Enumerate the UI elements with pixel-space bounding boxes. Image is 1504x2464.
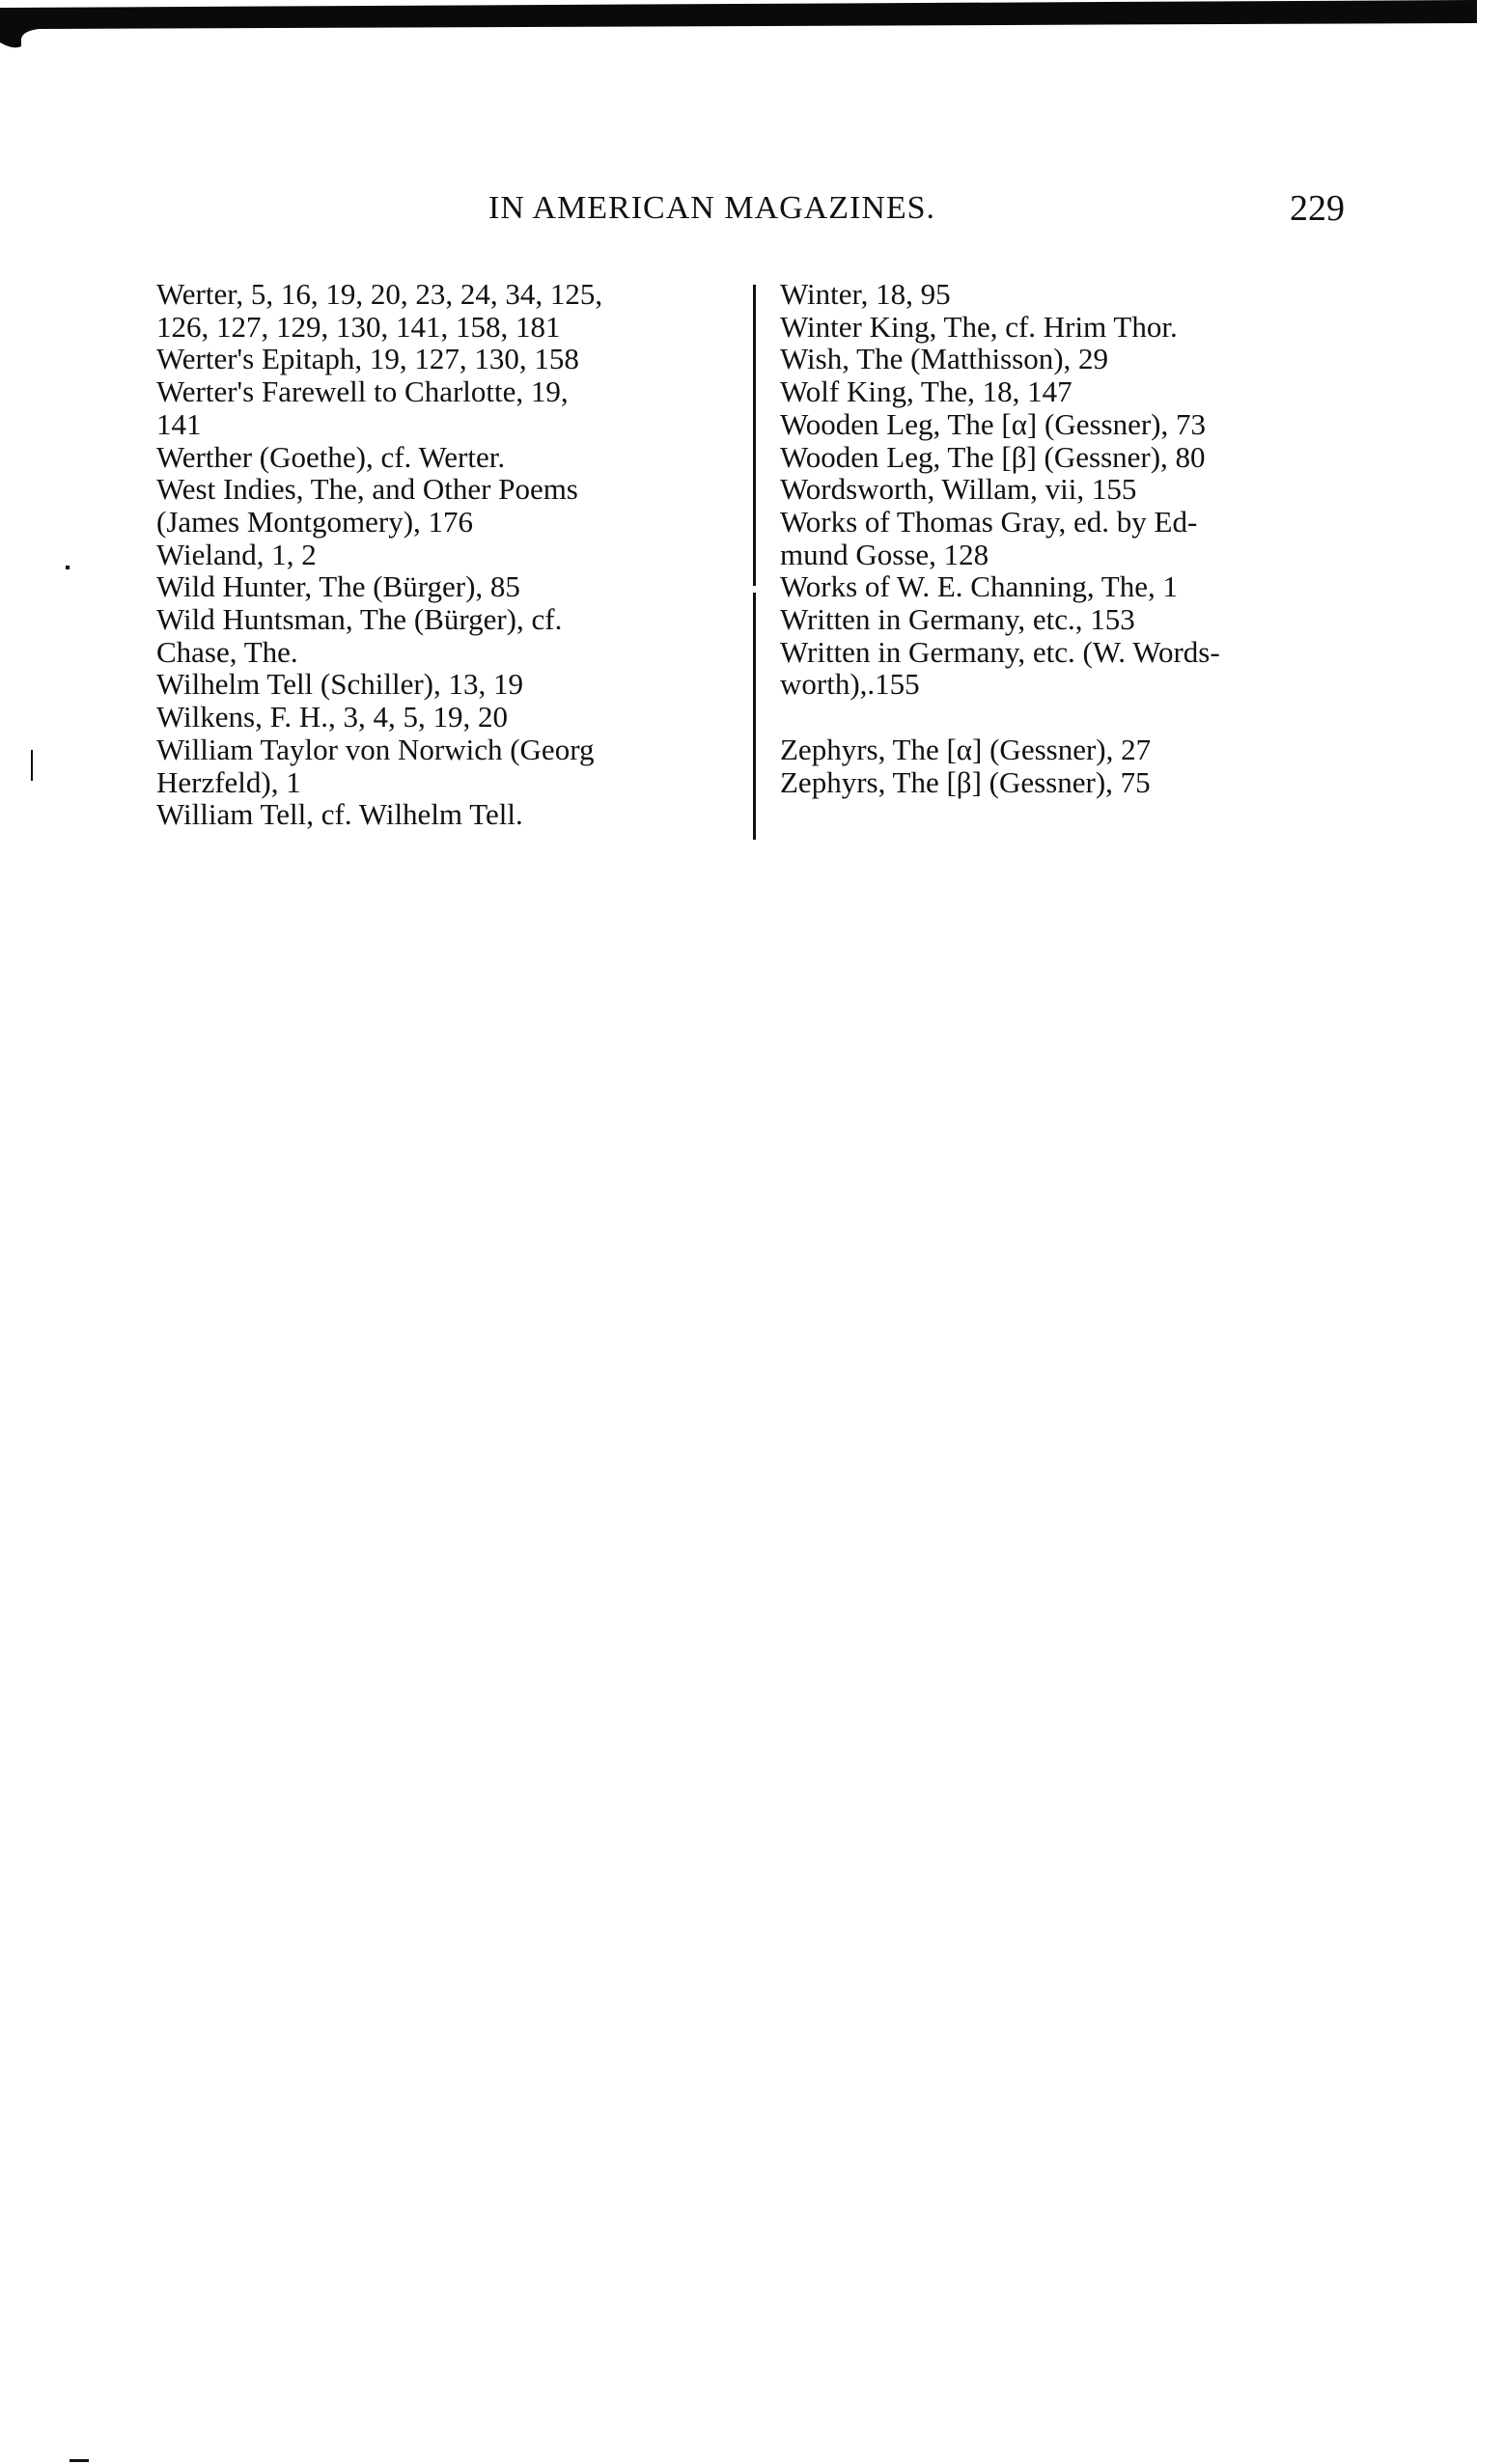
entry-line: Written in Germany, etc. (W. Words- bbox=[846, 636, 1369, 669]
entry-line: Wish, The (Matthisson), 29 bbox=[846, 343, 1369, 375]
entry-line: Werter, 5, 16, 19, 20, 23, 24, 34, 125, bbox=[222, 278, 736, 311]
index-entry: Winter, 18, 95 bbox=[780, 278, 1369, 311]
index-entry: West Indies, The, and Other Poems (James… bbox=[156, 473, 736, 538]
entry-line: Wilkens, F. H., 3, 4, 5, 19, 20 bbox=[222, 701, 736, 734]
index-entry: Zephyrs, The [α] (Gessner), 27 bbox=[780, 734, 1369, 766]
entry-line: Wooden Leg, The [α] (Gessner), 73 bbox=[846, 408, 1369, 441]
entry-line: Wilhelm Tell (Schiller), 13, 19 bbox=[222, 668, 736, 701]
scan-speck bbox=[66, 566, 70, 569]
entry-line: Werter's Epitaph, 19, 127, 130, 158 bbox=[222, 343, 736, 375]
index-entry: Zephyrs, The [β] (Gessner), 75 bbox=[780, 766, 1369, 799]
entry-line: Wild Hunter, The (Bürger), 85 bbox=[222, 570, 736, 603]
entry-line: Works of W. E. Channing, The, 1 bbox=[846, 570, 1369, 603]
entry-line: Winter King, The, cf. Hrim Thor. bbox=[846, 311, 1369, 344]
index-entry: Werther (Goethe), cf. Werter. bbox=[156, 441, 736, 474]
index-entry: Werter, 5, 16, 19, 20, 23, 24, 34, 125, … bbox=[156, 278, 736, 343]
index-entry: Wolf King, The, 18, 147 bbox=[780, 375, 1369, 408]
index-entry: Werter's Farewell to Charlotte, 19, 141 bbox=[156, 375, 736, 440]
index-entry: Works of Thomas Gray, ed. by Ed- mund Go… bbox=[780, 506, 1369, 570]
index-entry: Wild Hunter, The (Bürger), 85 bbox=[156, 570, 736, 603]
entry-line: Wieland, 1, 2 bbox=[222, 539, 736, 571]
entry-line: West Indies, The, and Other Poems bbox=[222, 473, 736, 506]
index-entry: Wordsworth, Willam, vii, 155 bbox=[780, 473, 1369, 506]
entry-line: Zephyrs, The [β] (Gessner), 75 bbox=[846, 766, 1369, 799]
margin-mark bbox=[31, 750, 33, 781]
entry-line: Zephyrs, The [α] (Gessner), 27 bbox=[846, 734, 1369, 766]
index-entry: Written in Germany, etc. (W. Words- wort… bbox=[780, 636, 1369, 701]
entry-line: Herzfeld), 1 bbox=[222, 766, 736, 799]
entry-line: 126, 127, 129, 130, 141, 158, 181 bbox=[222, 311, 736, 344]
entry-line: Written in Germany, etc., 153 bbox=[846, 603, 1369, 636]
index-entry: Wish, The (Matthisson), 29 bbox=[780, 343, 1369, 375]
entry-line: William Tell, cf. Wilhelm Tell. bbox=[222, 798, 736, 831]
index-entry: William Tell, cf. Wilhelm Tell. bbox=[156, 798, 736, 831]
index-entry: Works of W. E. Channing, The, 1 bbox=[780, 570, 1369, 603]
entry-line: mund Gosse, 128 bbox=[846, 539, 1369, 571]
index-entry: Written in Germany, etc., 153 bbox=[780, 603, 1369, 636]
index-column-right: Winter, 18, 95 Winter King, The, cf. Hri… bbox=[780, 278, 1369, 798]
index-entry: Wilkens, F. H., 3, 4, 5, 19, 20 bbox=[156, 701, 736, 734]
entry-line: Wooden Leg, The [β] (Gessner), 80 bbox=[846, 441, 1369, 474]
index-entry: Winter King, The, cf. Hrim Thor. bbox=[780, 311, 1369, 344]
running-head: IN AMERICAN MAGAZINES. bbox=[488, 187, 935, 230]
scan-edge-bar bbox=[0, 0, 1504, 58]
index-entry: Wooden Leg, The [α] (Gessner), 73 bbox=[780, 408, 1369, 441]
entry-line: Wild Huntsman, The (Bürger), cf. bbox=[222, 603, 736, 636]
entry-line: Werther (Goethe), cf. Werter. bbox=[222, 441, 736, 474]
entry-line: Werter's Farewell to Charlotte, 19, bbox=[222, 375, 736, 408]
entry-line: 141 bbox=[222, 408, 736, 441]
index-entry: Wooden Leg, The [β] (Gessner), 80 bbox=[780, 441, 1369, 474]
entry-line: worth),.155 bbox=[846, 668, 1369, 701]
index-column-left: Werter, 5, 16, 19, 20, 23, 24, 34, 125, … bbox=[156, 278, 736, 831]
page-number: 229 bbox=[1290, 187, 1345, 230]
entry-line: Winter, 18, 95 bbox=[846, 278, 1369, 311]
index-entry: William Taylor von Norwich (Georg Herzfe… bbox=[156, 734, 736, 798]
entry-line: Works of Thomas Gray, ed. by Ed- bbox=[846, 506, 1369, 539]
index-entry: Wild Huntsman, The (Bürger), cf. Chase, … bbox=[156, 603, 736, 668]
column-divider-rule bbox=[753, 593, 756, 840]
section-gap bbox=[780, 701, 1369, 734]
entry-line: Wordsworth, Willam, vii, 155 bbox=[846, 473, 1369, 506]
index-entry: Wieland, 1, 2 bbox=[156, 539, 736, 571]
column-divider-rule bbox=[753, 285, 756, 586]
entry-line: William Taylor von Norwich (Georg bbox=[222, 734, 736, 766]
entry-line: Chase, The. bbox=[222, 636, 736, 669]
bottom-edge-mark bbox=[70, 2459, 89, 2462]
entry-line: (James Montgomery), 176 bbox=[222, 506, 736, 539]
index-entry: Werter's Epitaph, 19, 127, 130, 158 bbox=[156, 343, 736, 375]
index-entry: Wilhelm Tell (Schiller), 13, 19 bbox=[156, 668, 736, 701]
entry-line: Wolf King, The, 18, 147 bbox=[846, 375, 1369, 408]
